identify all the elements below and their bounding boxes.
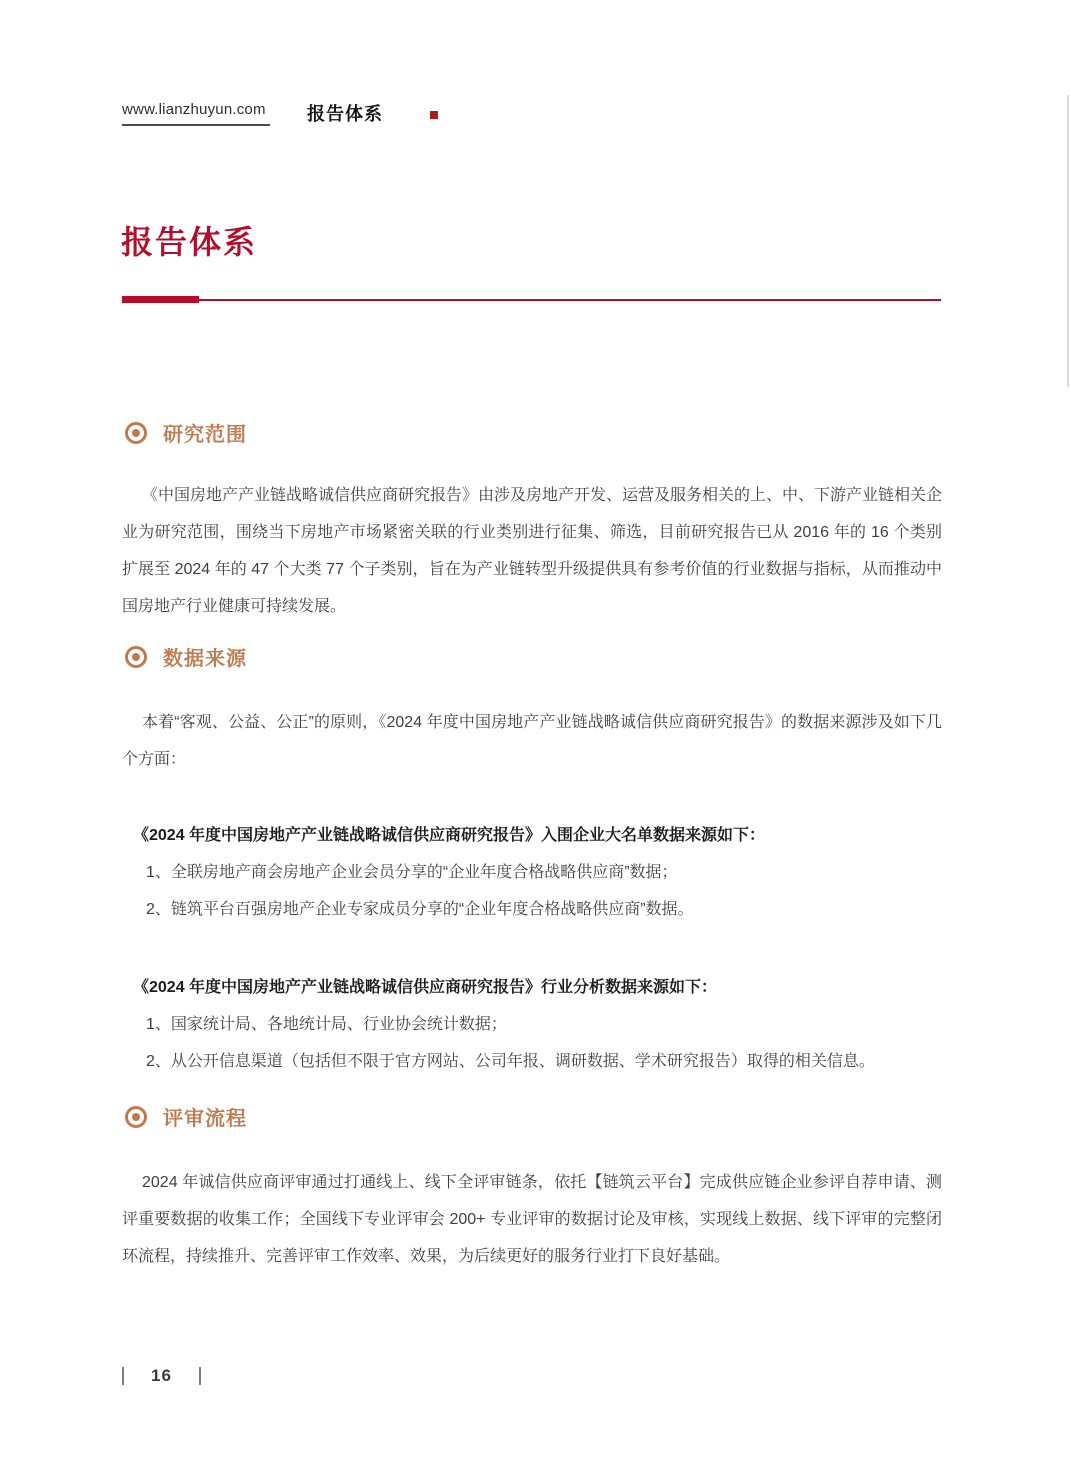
page-footer: 16 [122, 1366, 201, 1386]
page-number: 16 [151, 1366, 172, 1386]
section-heading-label: 数据来源 [163, 642, 247, 671]
data-source-item: 2、从公开信息渠道（包括但不限于官方网站、公司年报、调研数据、学术研究报告）取得… [133, 1043, 945, 1080]
data-source-block-industry-analysis: 《2024 年度中国房地产产业链战略诚信供应商研究报告》行业分析数据来源如下： … [133, 969, 945, 1080]
data-source-item: 1、国家统计局、各地统计局、行业协会统计数据； [133, 1006, 945, 1043]
data-source-block-title: 《2024 年度中国房地产产业链战略诚信供应商研究报告》行业分析数据来源如下： [133, 969, 945, 1006]
data-source-block-shortlist: 《2024 年度中国房地产产业链战略诚信供应商研究报告》入围企业大名单数据来源如… [133, 817, 945, 928]
section-heading-label: 研究范围 [163, 418, 247, 447]
footer-bar-icon [122, 1367, 124, 1385]
section-heading-label: 评审流程 [163, 1102, 247, 1131]
website-url-link[interactable]: www.lianzhuyun.com [122, 101, 270, 126]
research-scope-paragraph: 《中国房地产产业链战略诚信供应商研究报告》由涉及房地产开发、运营及服务相关的上、… [122, 477, 942, 625]
bullseye-icon [125, 646, 147, 668]
data-source-item: 1、全联房地产商会房地产企业会员分享的“企业年度合格战略供应商”数据； [133, 854, 945, 891]
section-heading-research-scope: 研究范围 [125, 418, 247, 447]
page-edge-line [1067, 95, 1069, 387]
square-bullet-icon [430, 111, 438, 119]
section-heading-data-sources: 数据来源 [125, 642, 247, 671]
report-page: www.lianzhuyun.com 报告体系 报告体系 研究范围 《中国房地产… [0, 0, 1070, 1459]
section-heading-review-process: 评审流程 [125, 1102, 247, 1131]
data-source-item: 2、链筑平台百强房地产企业专家成员分享的“企业年度合格战略供应商”数据。 [133, 891, 945, 928]
data-source-block-title: 《2024 年度中国房地产产业链战略诚信供应商研究报告》入围企业大名单数据来源如… [133, 817, 945, 854]
bullseye-icon [125, 422, 147, 444]
title-divider [122, 296, 941, 304]
review-process-paragraph: 2024 年诚信供应商评审通过打通线上、线下全评审链条，依托【链筑云平台】完成供… [122, 1164, 942, 1275]
divider-thin-line [199, 299, 941, 301]
running-head-section-label: 报告体系 [307, 100, 383, 126]
divider-thick-segment [122, 296, 199, 303]
footer-bar-icon [199, 1367, 201, 1385]
page-title: 报告体系 [121, 224, 257, 260]
data-sources-paragraph: 本着“客观、公益、公正”的原则，《2024 年度中国房地产产业链战略诚信供应商研… [122, 704, 942, 778]
bullseye-icon [125, 1106, 147, 1128]
